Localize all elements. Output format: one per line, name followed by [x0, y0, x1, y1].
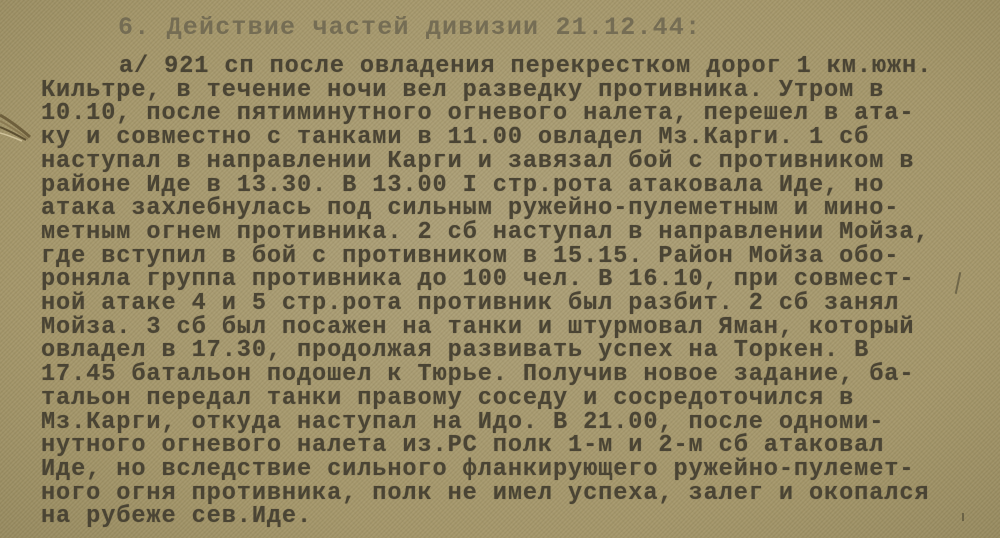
text-line: атака захлебнулась под сильным ружейно-п…	[41, 197, 981, 221]
thread-binding-icon	[0, 95, 34, 155]
paragraph: а/ 921 сп после овладения перекрестком д…	[41, 55, 981, 529]
text-line: Мойза. 3 сб был посажен на танки и штурм…	[41, 316, 981, 340]
text-line: ной атаке 4 и 5 стр.рота противник был р…	[41, 292, 981, 316]
text-line: 17.45 батальон подошел к Тюрье. Получив …	[41, 363, 981, 387]
text-line: роняла группа противника до 100 чел. В 1…	[41, 268, 981, 292]
text-line: тальон передал танки правому соседу и со…	[41, 387, 981, 411]
text-line: ного огня противника, полк не имел успех…	[41, 482, 981, 506]
text-line: а/ 921 сп после овладения перекрестком д…	[41, 55, 981, 79]
text-line: районе Иде в 13.30. В 13.00 I стр.рота а…	[41, 174, 981, 198]
text-line: ку и совместно с танками в 11.00 овладел…	[41, 126, 981, 150]
text-line: 10.10, после пятиминутного огневого нале…	[41, 102, 981, 126]
text-line: овладел в 17.30, продолжая развивать усп…	[41, 339, 981, 363]
text-line: где вступил в бой с противником в 15.15.…	[41, 245, 981, 269]
text-line: Кильтре, в течение ночи вел разведку про…	[41, 79, 981, 103]
text-line: Иде, но вследствие сильного фланкирующег…	[41, 458, 981, 482]
text-line: нутного огневого налета из.РС полк 1-м и…	[41, 434, 981, 458]
section-heading: 6. Действие частей дивизии 21.12.44:	[118, 13, 701, 42]
document-page: 6. Действие частей дивизии 21.12.44: а/ …	[0, 0, 1000, 538]
text-line: на рубеже сев.Иде.	[41, 505, 981, 529]
text-line: Мз.Карги, откуда наступал на Идо. В 21.0…	[41, 411, 981, 435]
text-line: наступал в направлении Карги и завязал б…	[41, 150, 981, 174]
text-line: метным огнем противника. 2 сб наступал в…	[41, 221, 981, 245]
pencil-mark	[962, 513, 964, 521]
